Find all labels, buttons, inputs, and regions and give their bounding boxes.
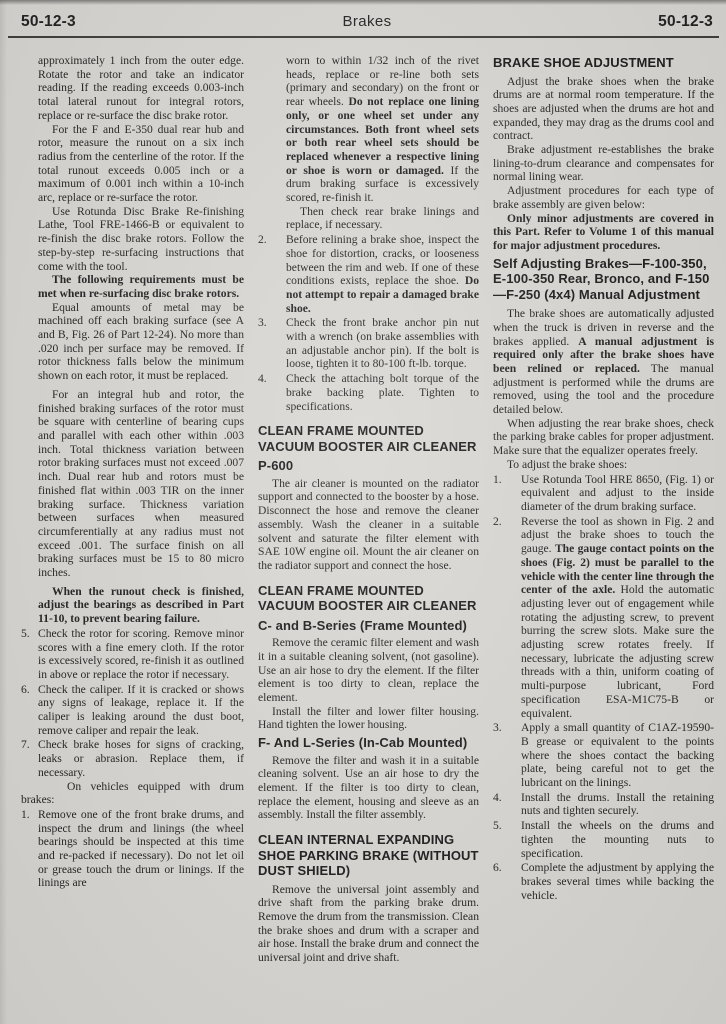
text-run: F- And L-Series (In-Cab Mounted) — [258, 735, 467, 750]
numbered-list-item: 4.Check the attaching bolt torque of the… — [258, 372, 479, 413]
text-run: When adjusting the rear brake shoes, che… — [493, 417, 714, 457]
bold-text-run: The following requirements must be met w… — [38, 273, 244, 300]
subsection-heading: Self Adjusting Brakes—F-100-350, E-100-3… — [493, 256, 714, 303]
paragraph: worn to within 1/32 inch of the rivet he… — [286, 54, 479, 205]
paragraph: Adjustment procedures for each type of b… — [493, 184, 714, 211]
paragraph: The brake shoes are automatically adjust… — [493, 307, 714, 417]
numbered-list-item: 6.Complete the adjustment by applying th… — [493, 861, 714, 902]
list-item-text: Complete the adjustment by applying the … — [521, 861, 714, 902]
list-item-text: Install the wheels on the drums and tigh… — [521, 819, 714, 860]
text-run: Adjust the brake shoes when the brake dr… — [493, 75, 714, 143]
paragraph: Use Rotunda Disc Brake Re-finishing Lath… — [38, 205, 244, 274]
list-item-number: 2. — [258, 233, 286, 315]
text-run: Install the filter and lower filter hous… — [258, 705, 479, 732]
numbered-list-item: 2.Reverse the tool as shown in Fig. 2 an… — [493, 515, 714, 721]
text-run: Check the caliper. If it is cracked or s… — [38, 683, 244, 737]
text-run: Use Rotunda Disc Brake Re-finishing Lath… — [38, 205, 244, 273]
text-run: Remove the filter and wash it in a suita… — [258, 754, 479, 822]
paragraph: Remove the ceramic filter element and wa… — [258, 636, 479, 705]
subsection-heading: P-600 — [258, 458, 479, 474]
paragraph: Then check rear brake linings and replac… — [286, 205, 479, 232]
list-item-number: 5. — [21, 627, 38, 682]
text-run: C- and B-Series (Frame Mounted) — [258, 618, 467, 633]
paragraph: Install the filter and lower filter hous… — [258, 705, 479, 732]
paragraph: For the F and E-350 dual rear hub and ro… — [38, 123, 244, 205]
text-run: CLEAN INTERNAL EXPANDING SHOE PARKING BR… — [258, 832, 479, 878]
list-item-text: Check the rotor for scoring. Remove mino… — [38, 627, 244, 682]
numbered-list-item: 5.Install the wheels on the drums and ti… — [493, 819, 714, 860]
text-run: Equal amounts of metal may be machined o… — [38, 301, 244, 383]
text-run: Install the wheels on the drums and tigh… — [521, 819, 714, 859]
list-item-text: Check the front brake anchor pin nut wit… — [286, 316, 479, 371]
paragraph: On vehicles equipped with drum brakes: — [21, 780, 244, 807]
list-item-number: 3. — [258, 316, 286, 371]
text-run: approximately 1 inch from the outer edge… — [38, 54, 244, 122]
paragraph: When the runout check is finished, adjus… — [38, 585, 244, 626]
text-run: Install the drums. Install the retaining… — [521, 791, 714, 818]
list-item-text: Check the caliper. If it is cracked or s… — [38, 683, 244, 738]
text-run: Use Rotunda Tool HRE 8650, (Fig. 1) or e… — [521, 473, 714, 513]
manual-page: 50-12-3 Brakes 50-12-3 approximately 1 i… — [0, 0, 726, 1024]
paragraph: When adjusting the rear brake shoes, che… — [493, 417, 714, 458]
paragraph: For an integral hub and rotor, the finis… — [38, 388, 244, 580]
text-run: Before relining a brake shoe, inspect th… — [286, 233, 479, 287]
section-heading: BRAKE SHOE ADJUSTMENT — [493, 55, 714, 71]
list-item-number: 3. — [493, 721, 521, 790]
paragraph: Brake adjustment re-establishes the brak… — [493, 143, 714, 184]
list-item-number: 1. — [493, 473, 521, 514]
text-run: CLEAN FRAME MOUNTED VACUUM BOOSTER AIR C… — [258, 423, 477, 454]
text-run: The air cleaner is mounted on the radiat… — [258, 477, 479, 572]
paragraph: Equal amounts of metal may be machined o… — [38, 301, 244, 383]
numbered-list-item: 3.Check the front brake anchor pin nut w… — [258, 316, 479, 371]
text-run: Remove the ceramic filter element and wa… — [258, 636, 479, 704]
list-item-number: 2. — [493, 515, 521, 721]
paragraph: Remove the filter and wash it in a suita… — [258, 754, 479, 823]
list-item-text: Use Rotunda Tool HRE 8650, (Fig. 1) or e… — [521, 473, 714, 514]
list-item-text: Check the attaching bolt torque of the b… — [286, 372, 479, 413]
subsection-heading: C- and B-Series (Frame Mounted) — [258, 618, 479, 634]
paragraph: Remove the universal joint assembly and … — [258, 883, 479, 965]
text-run: Then check rear brake linings and replac… — [286, 205, 479, 232]
text-run: For an integral hub and rotor, the finis… — [38, 388, 244, 579]
numbered-list-item: 5.Check the rotor for scoring. Remove mi… — [21, 627, 244, 682]
text-run: Check the attaching bolt torque of the b… — [286, 372, 479, 412]
text-columns: approximately 1 inch from the outer edge… — [0, 38, 726, 965]
paragraph: The air cleaner is mounted on the radiat… — [258, 477, 479, 573]
list-item-number: 7. — [21, 738, 38, 779]
text-run: Remove one of the front brake drums, and… — [38, 808, 244, 890]
text-run: CLEAN FRAME MOUNTED VACUUM BOOSTER AIR C… — [258, 583, 477, 614]
list-item-number: 1. — [21, 808, 38, 890]
text-run: Check the front brake anchor pin nut wit… — [286, 316, 479, 370]
numbered-list-item: 4.Install the drums. Install the retaini… — [493, 791, 714, 818]
text-run: Check the rotor for scoring. Remove mino… — [38, 627, 244, 681]
list-item-number: 4. — [493, 791, 521, 818]
list-item-number: 6. — [21, 683, 38, 738]
section-heading: CLEAN FRAME MOUNTED VACUUM BOOSTER AIR C… — [258, 583, 479, 614]
numbered-list-item: 1.Use Rotunda Tool HRE 8650, (Fig. 1) or… — [493, 473, 714, 514]
list-item-text: Reverse the tool as shown in Fig. 2 and … — [521, 515, 714, 721]
text-run: Apply a small quantity of C1AZ-19590-B g… — [521, 721, 714, 789]
text-run: Brake adjustment re-establishes the brak… — [493, 143, 714, 183]
paragraph: To adjust the brake shoes: — [493, 458, 714, 472]
page-number-left: 50-12-3 — [21, 13, 76, 31]
list-item-number: 4. — [258, 372, 286, 413]
list-item-number: 5. — [493, 819, 521, 860]
numbered-list-item: 2.Before relining a brake shoe, inspect … — [258, 233, 479, 315]
section-heading: CLEAN FRAME MOUNTED VACUUM BOOSTER AIR C… — [258, 423, 479, 454]
text-run: Check brake hoses for signs of cracking,… — [38, 738, 244, 778]
page-number-right: 50-12-3 — [658, 13, 713, 31]
text-run: Complete the adjustment by applying the … — [521, 861, 714, 901]
subsection-heading: F- And L-Series (In-Cab Mounted) — [258, 735, 479, 751]
text-run: To adjust the brake shoes: — [507, 458, 627, 471]
list-item-text: Remove one of the front brake drums, and… — [38, 808, 244, 890]
page-title: Brakes — [342, 13, 391, 30]
text-run: On vehicles equipped with drum brakes: — [21, 780, 244, 807]
numbered-list-item: 1.Remove one of the front brake drums, a… — [21, 808, 244, 890]
numbered-list-item: 3.Apply a small quantity of C1AZ-19590-B… — [493, 721, 714, 790]
numbered-list-item: 6.Check the caliper. If it is cracked or… — [21, 683, 244, 738]
text-run: Hold the automatic adjusting lever out o… — [521, 583, 714, 719]
list-item-text: Install the drums. Install the retaining… — [521, 791, 714, 818]
text-run: Adjustment procedures for each type of b… — [493, 184, 714, 211]
bold-text-run: Only minor adjustments are covered in th… — [493, 212, 714, 252]
paragraph: The following requirements must be met w… — [38, 273, 244, 300]
column-3: BRAKE SHOE ADJUSTMENTAdjust the brake sh… — [493, 54, 714, 965]
numbered-list-item: 7.Check brake hoses for signs of crackin… — [21, 738, 244, 779]
column-2: worn to within 1/32 inch of the rivet he… — [258, 54, 479, 965]
text-run: P-600 — [258, 458, 293, 473]
text-run: BRAKE SHOE ADJUSTMENT — [493, 55, 674, 70]
list-item-text: Apply a small quantity of C1AZ-19590-B g… — [521, 721, 714, 790]
list-item-text: Check brake hoses for signs of cracking,… — [38, 738, 244, 779]
list-item-number: 6. — [493, 861, 521, 902]
text-run: Remove the universal joint assembly and … — [258, 883, 479, 965]
page-header: 50-12-3 Brakes 50-12-3 — [0, 0, 726, 31]
bold-text-run: When the runout check is finished, adjus… — [38, 585, 244, 625]
text-run: For the F and E-350 dual rear hub and ro… — [38, 123, 244, 205]
column-1: approximately 1 inch from the outer edge… — [21, 54, 244, 965]
list-item-text: Before relining a brake shoe, inspect th… — [286, 233, 479, 315]
paragraph: Adjust the brake shoes when the brake dr… — [493, 75, 714, 144]
paragraph: Only minor adjustments are covered in th… — [493, 212, 714, 253]
paragraph: approximately 1 inch from the outer edge… — [38, 54, 244, 123]
section-heading: CLEAN INTERNAL EXPANDING SHOE PARKING BR… — [258, 832, 479, 879]
text-run: Self Adjusting Brakes—F-100-350, E-100-3… — [493, 256, 709, 302]
